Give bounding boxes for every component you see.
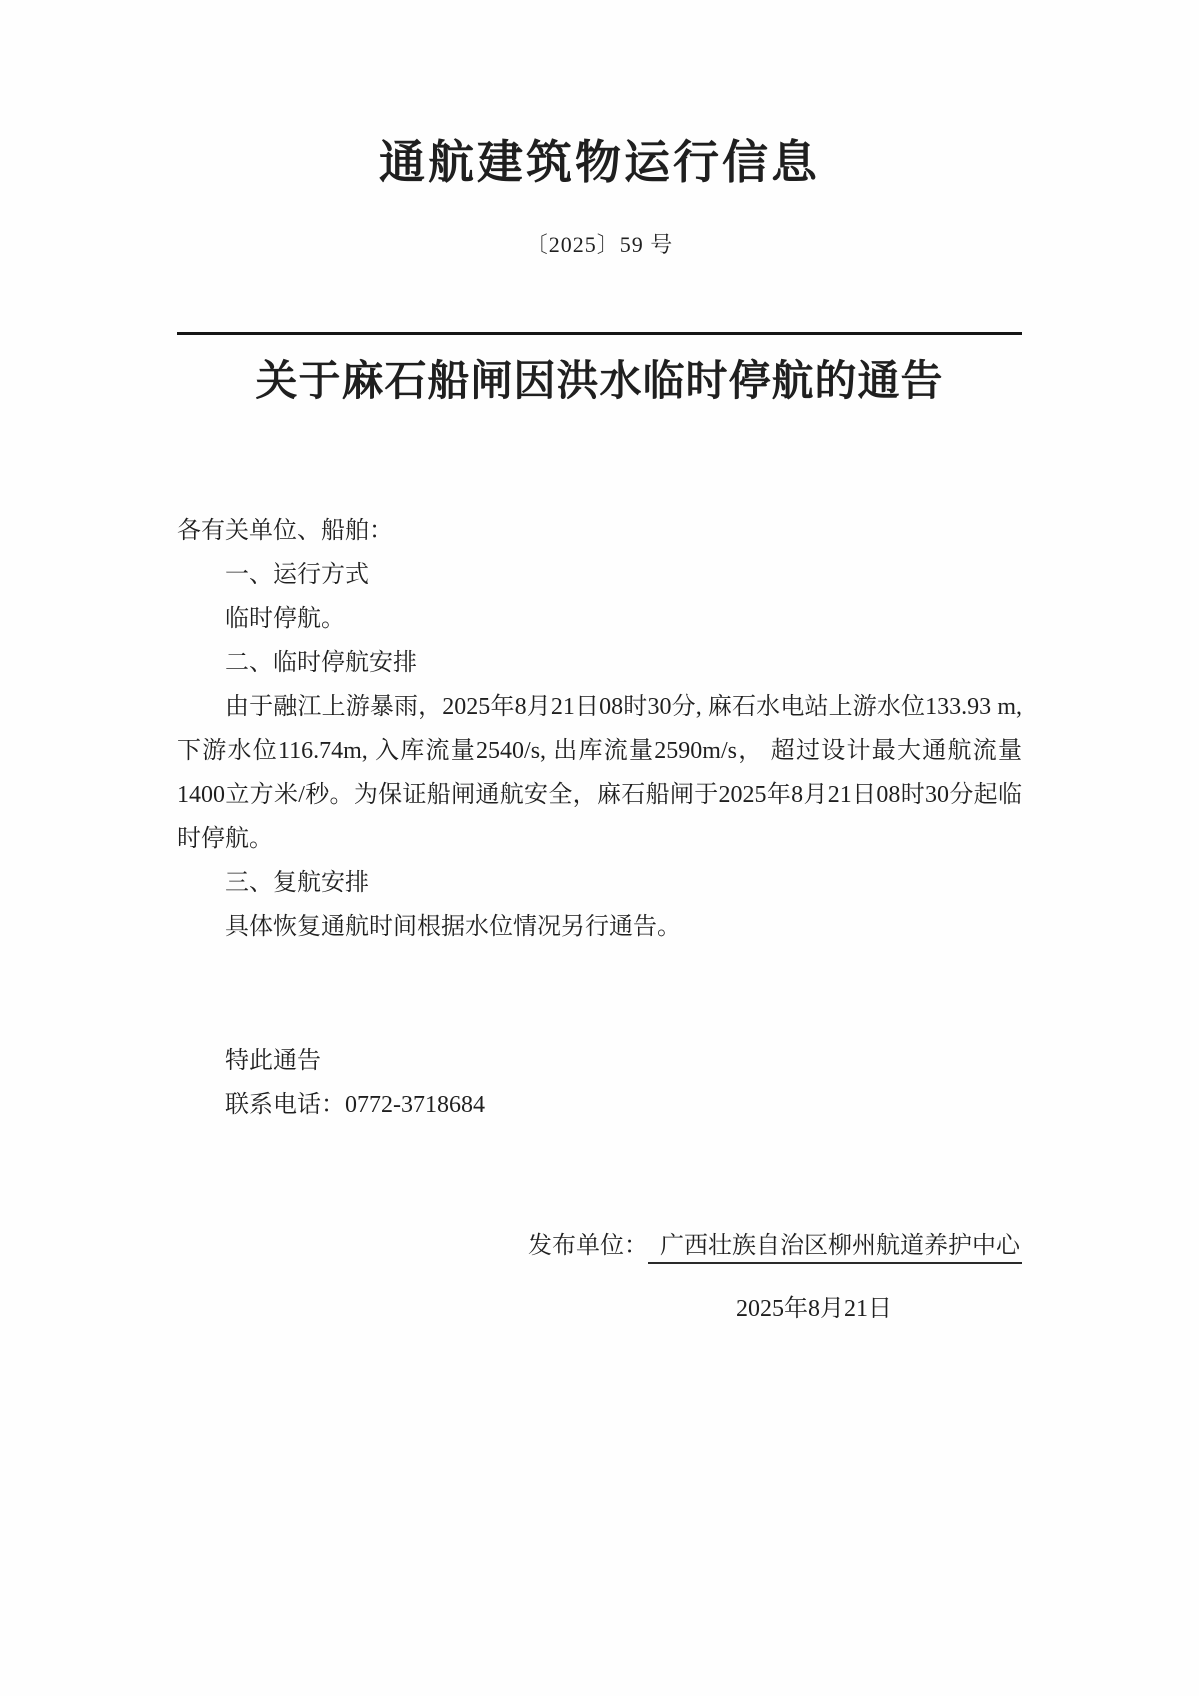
salutation: 各有关单位、船舶： bbox=[177, 509, 1022, 553]
publisher-line: 发布单位：广西壮族自治区柳州航道养护中心 bbox=[177, 1224, 1022, 1268]
title-divider bbox=[177, 332, 1022, 335]
section-1-paragraph: 临时停航。 bbox=[177, 597, 1022, 641]
publisher-name: 广西壮族自治区柳州航道养护中心 bbox=[648, 1233, 1022, 1264]
section-2-title: 二、临时停航安排 bbox=[177, 641, 1022, 685]
section-2-paragraph: 由于融江上游暴雨，2025年8月21日08时30分, 麻石水电站上游水位133.… bbox=[177, 685, 1022, 861]
contact-phone: 联系电话：0772-3718684 bbox=[177, 1083, 1022, 1127]
notice-heading: 关于麻石船闸因洪水临时停航的通告 bbox=[177, 359, 1022, 405]
signature-block: 发布单位：广西壮族自治区柳州航道养护中心 2025年8月21日 bbox=[177, 1224, 1022, 1331]
publisher-label: 发布单位： bbox=[528, 1233, 648, 1259]
document-title: 通航建筑物运行信息 bbox=[177, 138, 1022, 188]
section-3-paragraph: 具体恢复通航时间根据水位情况另行通告。 bbox=[177, 905, 1022, 949]
section-1-title: 一、运行方式 bbox=[177, 553, 1022, 597]
document-page: 通航建筑物运行信息 〔2025〕59 号 关于麻石船闸因洪水临时停航的通告 各有… bbox=[0, 0, 1199, 1696]
section-3-title: 三、复航安排 bbox=[177, 861, 1022, 905]
document-number: 〔2025〕59 号 bbox=[177, 232, 1022, 258]
notice-body: 各有关单位、船舶： 一、运行方式 临时停航。 二、临时停航安排 由于融江上游暴雨… bbox=[177, 509, 1022, 1127]
publish-date: 2025年8月21日 bbox=[177, 1287, 1022, 1331]
closing-phrase: 特此通告 bbox=[177, 1039, 1022, 1083]
